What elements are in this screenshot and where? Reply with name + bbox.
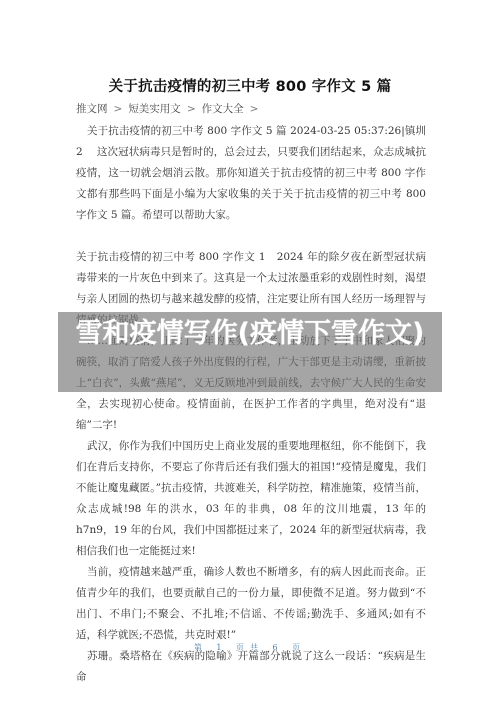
page-number: 第 1 页共 6 页 [0,642,500,653]
paragraph-gap [76,226,426,247]
breadcrumb-item-category[interactable]: 短美实用文 [128,101,181,116]
breadcrumb-separator-icon: > [250,103,259,115]
paragraph-intro: 关于抗击疫情的初三中考 800 字作文 5 篇 2024-03-25 05:37… [76,121,426,226]
document-title: 关于抗击疫情的初三中考 800 字作文 5 篇 [0,75,500,96]
paragraph-youth: 当前，疫情越来越严重，确诊人数也不断增多，有的病人因此而丧命。正值青少年的我们，… [76,562,426,646]
breadcrumb-item-subcategory[interactable]: 作文大全 [202,101,244,116]
breadcrumb-separator-icon: > [187,103,196,115]
breadcrumb-item-home[interactable]: 推文网 [76,101,108,116]
document-page: 关于抗击疫情的初三中考 800 字作文 5 篇 推文网 > 短美实用文 > 作文… [0,0,500,706]
overlay-title: 雪和疫情写作(疫情下雪作文) [58,312,442,352]
breadcrumb: 推文网 > 短美实用文 > 作文大全 > [76,101,260,116]
paragraph-wuhan: 武汉，你作为我们中国历史上商业发展的重要地理枢纽，你不能倒下，我们在背后支持你，… [76,436,426,562]
document-body: 关于抗击疫情的初三中考 800 字作文 5 篇 2024-03-25 05:37… [76,121,426,688]
breadcrumb-separator-icon: > [114,103,123,115]
